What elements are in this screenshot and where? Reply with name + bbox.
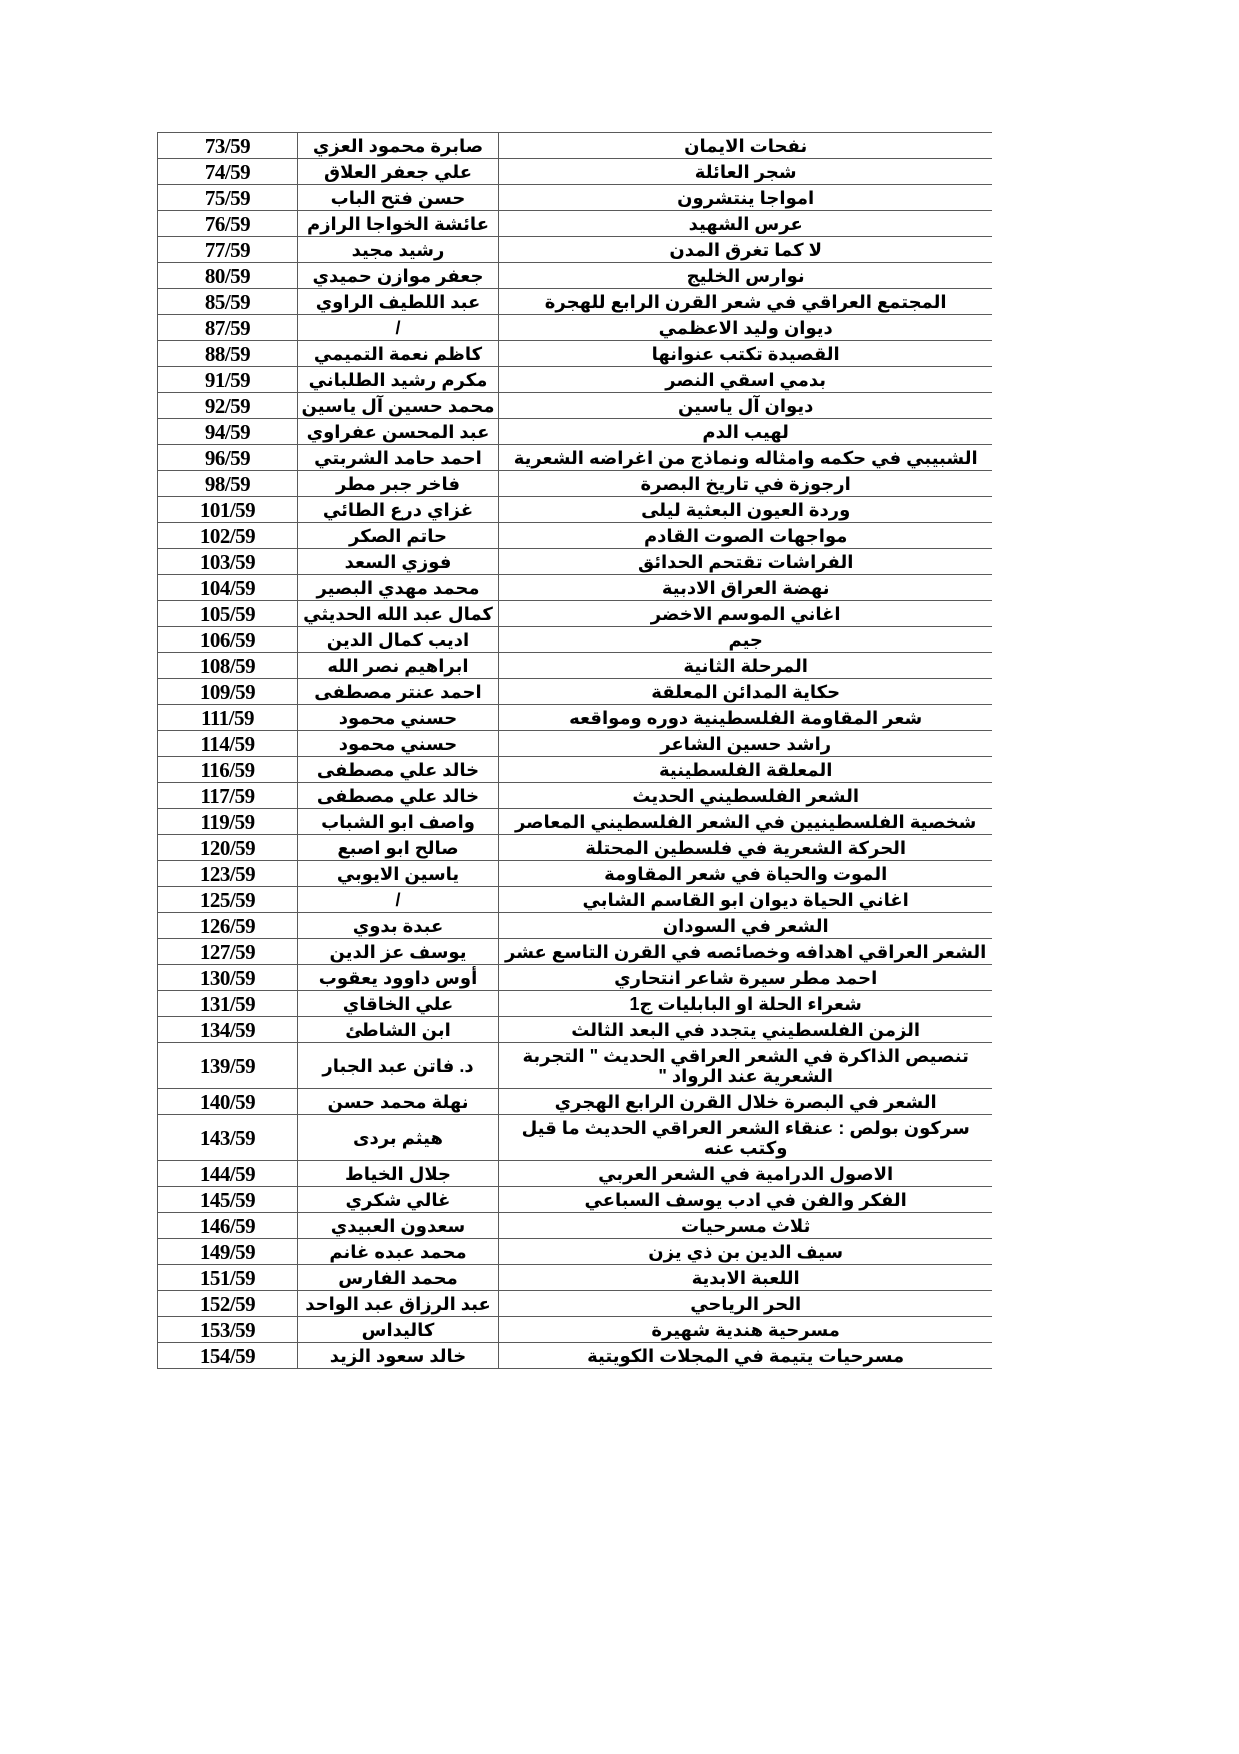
title-cell: حكاية المدائن المعلقة bbox=[499, 679, 993, 705]
call-number-cell: 125/59 bbox=[158, 887, 298, 913]
call-number-cell: 143/59 bbox=[158, 1115, 298, 1161]
table-row: 75/59 حسن فتح الباب امواجا ينتشرون bbox=[158, 185, 993, 211]
title-cell: ديوان آل ياسين bbox=[499, 393, 993, 419]
call-number-cell: 98/59 bbox=[158, 471, 298, 497]
title-text: اللعبة الابدية bbox=[499, 1268, 992, 1288]
table-row: 145/59 غالي شكري الفكر والفن في ادب يوسف… bbox=[158, 1187, 993, 1213]
title-cell: لا كما تغرق المدن bbox=[499, 237, 993, 263]
title-text: ثلاث مسرحيات bbox=[499, 1216, 992, 1236]
title-text: عرس الشهيد bbox=[499, 214, 992, 234]
call-number-cell: 139/59 bbox=[158, 1043, 298, 1089]
title-cell: المعلقة الفلسطينية bbox=[499, 757, 993, 783]
call-number-cell: 104/59 bbox=[158, 575, 298, 601]
call-number-cell: 151/59 bbox=[158, 1265, 298, 1291]
call-number-cell: 106/59 bbox=[158, 627, 298, 653]
call-number-cell: 119/59 bbox=[158, 809, 298, 835]
call-number-cell: 75/59 bbox=[158, 185, 298, 211]
title-text: الموت والحياة في شعر المقاومة bbox=[499, 864, 992, 884]
call-number-cell: 105/59 bbox=[158, 601, 298, 627]
title-text: الشعر في البصرة خلال القرن الرابع الهجري bbox=[499, 1092, 992, 1112]
table-row: 76/59 عائشة الخواجا الرازم عرس الشهيد bbox=[158, 211, 993, 237]
title-cell: المجتمع العراقي في شعر القرن الرابع للهج… bbox=[499, 289, 993, 315]
author-cell: عبد الرزاق عبد الواحد bbox=[298, 1291, 499, 1317]
table-row: 105/59 كمال عبد الله الحديثي اغاني الموس… bbox=[158, 601, 993, 627]
author-cell: عائشة الخواجا الرازم bbox=[298, 211, 499, 237]
call-number-cell: 134/59 bbox=[158, 1017, 298, 1043]
title-text: القصيدة تكتب عنوانها bbox=[499, 344, 992, 364]
table-row: 117/59 خالد علي مصطفى الشعر الفلسطيني ال… bbox=[158, 783, 993, 809]
title-text: الشعر في السودان bbox=[499, 916, 992, 936]
call-number-cell: 130/59 bbox=[158, 965, 298, 991]
title-cell: مسرحية هندية شهيرة bbox=[499, 1317, 993, 1343]
author-cell: كاظم نعمة التميمي bbox=[298, 341, 499, 367]
title-text: جيم bbox=[499, 630, 992, 650]
table-row: 87/59 / ديوان وليد الاعظمي bbox=[158, 315, 993, 341]
call-number-cell: 87/59 bbox=[158, 315, 298, 341]
title-cell: الشبيبي في حكمه وامثاله ونماذج من اغراضه… bbox=[499, 445, 993, 471]
author-cell: محمد حسين آل ياسين bbox=[298, 393, 499, 419]
title-text: ارجوزة في تاريخ البصرة bbox=[499, 474, 992, 494]
title-cell: ديوان وليد الاعظمي bbox=[499, 315, 993, 341]
author-cell: محمد الفارس bbox=[298, 1265, 499, 1291]
table-row: 94/59 عبد المحسن عفراوي لهيب الدم bbox=[158, 419, 993, 445]
title-cell: الزمن الفلسطيني يتجدد في البعد الثالث bbox=[499, 1017, 993, 1043]
table-row: 73/59 صابرة محمود العزي نفحات الايمان bbox=[158, 133, 993, 159]
author-cell: غالي شكري bbox=[298, 1187, 499, 1213]
title-text: مسرحية هندية شهيرة bbox=[499, 1320, 992, 1340]
author-cell: كمال عبد الله الحديثي bbox=[298, 601, 499, 627]
table-row: 116/59 خالد علي مصطفى المعلقة الفلسطينية bbox=[158, 757, 993, 783]
table-row: 74/59 علي جعفر العلاق شجر العائلة bbox=[158, 159, 993, 185]
author-cell: جعفر موازن حميدي bbox=[298, 263, 499, 289]
author-cell: سعدون العبيدي bbox=[298, 1213, 499, 1239]
table-row: 108/59 ابراهيم نصر الله المرحلة الثانية bbox=[158, 653, 993, 679]
author-cell: هيثم بردى bbox=[298, 1115, 499, 1161]
title-text: المجتمع العراقي في شعر القرن الرابع للهج… bbox=[499, 292, 992, 312]
author-cell: / bbox=[298, 315, 499, 341]
author-cell: صابرة محمود العزي bbox=[298, 133, 499, 159]
table-row: 139/59 د. فاتن عبد الجبار تنصيص الذاكرة … bbox=[158, 1043, 993, 1089]
author-cell: فوزي السعد bbox=[298, 549, 499, 575]
author-cell: فاخر جبر مطر bbox=[298, 471, 499, 497]
table-row: 103/59 فوزي السعد الفراشات تقتحم الحدائق bbox=[158, 549, 993, 575]
title-cell: احمد مطر سيرة شاعر انتحاري bbox=[499, 965, 993, 991]
call-number-cell: 127/59 bbox=[158, 939, 298, 965]
call-number-cell: 144/59 bbox=[158, 1161, 298, 1187]
title-text: الاصول الدرامية في الشعر العربي bbox=[499, 1164, 992, 1184]
title-cell: الشعر في البصرة خلال القرن الرابع الهجري bbox=[499, 1089, 993, 1115]
call-number-cell: 108/59 bbox=[158, 653, 298, 679]
call-number-cell: 123/59 bbox=[158, 861, 298, 887]
table-row: 92/59 محمد حسين آل ياسين ديوان آل ياسين bbox=[158, 393, 993, 419]
call-number-cell: 114/59 bbox=[158, 731, 298, 757]
call-number-cell: 154/59 bbox=[158, 1343, 298, 1369]
title-text: حكاية المدائن المعلقة bbox=[499, 682, 992, 702]
title-cell: نوارس الخليج bbox=[499, 263, 993, 289]
author-cell: حسني محمود bbox=[298, 705, 499, 731]
table-row: 144/59 جلال الخياط الاصول الدرامية في ال… bbox=[158, 1161, 993, 1187]
title-cell: الموت والحياة في شعر المقاومة bbox=[499, 861, 993, 887]
call-number-cell: 117/59 bbox=[158, 783, 298, 809]
table-row: 152/59 عبد الرزاق عبد الواحد الحر الرياح… bbox=[158, 1291, 993, 1317]
title-cell: الاصول الدرامية في الشعر العربي bbox=[499, 1161, 993, 1187]
title-text: الفكر والفن في ادب يوسف السباعي bbox=[499, 1190, 992, 1210]
table-row: 98/59 فاخر جبر مطر ارجوزة في تاريخ البصر… bbox=[158, 471, 993, 497]
author-cell: خالد علي مصطفى bbox=[298, 757, 499, 783]
call-number-cell: 140/59 bbox=[158, 1089, 298, 1115]
title-text: سركون بولص : عنقاء الشعر العراقي الحديث … bbox=[499, 1118, 992, 1158]
title-text: شجر العائلة bbox=[499, 162, 992, 182]
title-text: امواجا ينتشرون bbox=[499, 188, 992, 208]
author-cell: صالح ابو اصبع bbox=[298, 835, 499, 861]
call-number-cell: 109/59 bbox=[158, 679, 298, 705]
title-cell: امواجا ينتشرون bbox=[499, 185, 993, 211]
author-cell: كاليداس bbox=[298, 1317, 499, 1343]
table-row: 77/59 رشيد مجيد لا كما تغرق المدن bbox=[158, 237, 993, 263]
table-row: 120/59 صالح ابو اصبع الحركة الشعرية في ف… bbox=[158, 835, 993, 861]
title-text: ديوان وليد الاعظمي bbox=[499, 318, 992, 338]
title-text: المرحلة الثانية bbox=[499, 656, 992, 676]
table-row: 134/59 ابن الشاطئ الزمن الفلسطيني يتجدد … bbox=[158, 1017, 993, 1043]
author-cell: جلال الخياط bbox=[298, 1161, 499, 1187]
title-text: نهضة العراق الادبية bbox=[499, 578, 992, 598]
call-number-cell: 96/59 bbox=[158, 445, 298, 471]
title-cell: المرحلة الثانية bbox=[499, 653, 993, 679]
title-text: نوارس الخليج bbox=[499, 266, 992, 286]
title-cell: جيم bbox=[499, 627, 993, 653]
call-number-cell: 85/59 bbox=[158, 289, 298, 315]
table-row: 143/59 هيثم بردى سركون بولص : عنقاء الشع… bbox=[158, 1115, 993, 1161]
title-cell: شعر المقاومة الفلسطينية دوره ومواقعه bbox=[499, 705, 993, 731]
title-cell: الحر الرياحي bbox=[499, 1291, 993, 1317]
call-number-cell: 80/59 bbox=[158, 263, 298, 289]
table-row: 126/59 عبدة بدوي الشعر في السودان bbox=[158, 913, 993, 939]
call-number-cell: 88/59 bbox=[158, 341, 298, 367]
title-cell: ثلاث مسرحيات bbox=[499, 1213, 993, 1239]
call-number-cell: 120/59 bbox=[158, 835, 298, 861]
title-text: الشبيبي في حكمه وامثاله ونماذج من اغراضه… bbox=[499, 448, 992, 468]
title-text: المعلقة الفلسطينية bbox=[499, 760, 992, 780]
title-cell: وردة العيون البعثية ليلى bbox=[499, 497, 993, 523]
table-row: 114/59 حسني محمود راشد حسين الشاعر bbox=[158, 731, 993, 757]
table-row: 140/59 نهلة محمد حسن الشعر في البصرة خلا… bbox=[158, 1089, 993, 1115]
call-number-cell: 73/59 bbox=[158, 133, 298, 159]
table-row: 102/59 حاتم الصكر مواجهات الصوت القادم bbox=[158, 523, 993, 549]
author-cell: محمد مهدي البصير bbox=[298, 575, 499, 601]
call-number-cell: 103/59 bbox=[158, 549, 298, 575]
title-cell: بدمي اسقي النصر bbox=[499, 367, 993, 393]
title-text: شعر المقاومة الفلسطينية دوره ومواقعه bbox=[499, 708, 992, 728]
call-number-cell: 102/59 bbox=[158, 523, 298, 549]
call-number-cell: 116/59 bbox=[158, 757, 298, 783]
title-text: وردة العيون البعثية ليلى bbox=[499, 500, 992, 520]
author-cell: ابراهيم نصر الله bbox=[298, 653, 499, 679]
call-number-cell: 94/59 bbox=[158, 419, 298, 445]
title-cell: القصيدة تكتب عنوانها bbox=[499, 341, 993, 367]
title-text: تنصيص الذاكرة في الشعر العراقي الحديث " … bbox=[499, 1046, 992, 1086]
title-cell: اغاني الموسم الاخضر bbox=[499, 601, 993, 627]
title-cell: سركون بولص : عنقاء الشعر العراقي الحديث … bbox=[499, 1115, 993, 1161]
author-cell: احمد حامد الشربتي bbox=[298, 445, 499, 471]
author-cell: عبدة بدوي bbox=[298, 913, 499, 939]
title-text: لهيب الدم bbox=[499, 422, 992, 442]
call-number-cell: 101/59 bbox=[158, 497, 298, 523]
title-text: بدمي اسقي النصر bbox=[499, 370, 992, 390]
author-cell: رشيد مجيد bbox=[298, 237, 499, 263]
title-text: الزمن الفلسطيني يتجدد في البعد الثالث bbox=[499, 1020, 992, 1040]
author-cell: احمد عنتر مصطفى bbox=[298, 679, 499, 705]
table-row: 111/59 حسني محمود شعر المقاومة الفلسطيني… bbox=[158, 705, 993, 731]
title-cell: الشعر العراقي اهدافه وخصائصه في القرن ال… bbox=[499, 939, 993, 965]
author-cell: خالد سعود الزيد bbox=[298, 1343, 499, 1369]
author-cell: نهلة محمد حسن bbox=[298, 1089, 499, 1115]
call-number-cell: 111/59 bbox=[158, 705, 298, 731]
title-text: لا كما تغرق المدن bbox=[499, 240, 992, 260]
catalog-table-body: 73/59 صابرة محمود العزي نفحات الايمان 74… bbox=[158, 133, 993, 1369]
title-cell: نفحات الايمان bbox=[499, 133, 993, 159]
table-row: 106/59 اديب كمال الدين جيم bbox=[158, 627, 993, 653]
title-text: سيف الدين بن ذي يزن bbox=[499, 1242, 992, 1262]
title-cell: شخصية الفلسطينيين في الشعر الفلسطيني الم… bbox=[499, 809, 993, 835]
table-row: 146/59 سعدون العبيدي ثلاث مسرحيات bbox=[158, 1213, 993, 1239]
title-cell: شجر العائلة bbox=[499, 159, 993, 185]
title-cell: راشد حسين الشاعر bbox=[499, 731, 993, 757]
author-cell: حسني محمود bbox=[298, 731, 499, 757]
author-cell: أوس داوود يعقوب bbox=[298, 965, 499, 991]
title-cell: سيف الدين بن ذي يزن bbox=[499, 1239, 993, 1265]
call-number-cell: 77/59 bbox=[158, 237, 298, 263]
author-cell: محمد عبده غانم bbox=[298, 1239, 499, 1265]
call-number-cell: 76/59 bbox=[158, 211, 298, 237]
author-cell: مكرم رشيد الطلباني bbox=[298, 367, 499, 393]
author-cell: ياسين الايوبي bbox=[298, 861, 499, 887]
call-number-cell: 92/59 bbox=[158, 393, 298, 419]
table-row: 127/59 يوسف عز الدين الشعر العراقي اهداف… bbox=[158, 939, 993, 965]
title-text: نفحات الايمان bbox=[499, 136, 992, 156]
title-text: مسرحيات يتيمة في المجلات الكويتية bbox=[499, 1346, 992, 1366]
author-cell: / bbox=[298, 887, 499, 913]
title-cell: اللعبة الابدية bbox=[499, 1265, 993, 1291]
author-cell: خالد علي مصطفى bbox=[298, 783, 499, 809]
call-number-cell: 152/59 bbox=[158, 1291, 298, 1317]
author-cell: د. فاتن عبد الجبار bbox=[298, 1043, 499, 1089]
catalog-table: 73/59 صابرة محمود العزي نفحات الايمان 74… bbox=[157, 132, 992, 1369]
table-row: 80/59 جعفر موازن حميدي نوارس الخليج bbox=[158, 263, 993, 289]
call-number-cell: 146/59 bbox=[158, 1213, 298, 1239]
table-row: 130/59 أوس داوود يعقوب احمد مطر سيرة شاع… bbox=[158, 965, 993, 991]
title-cell: الحركة الشعرية في فلسطين المحتلة bbox=[499, 835, 993, 861]
author-cell: علي جعفر العلاق bbox=[298, 159, 499, 185]
author-cell: غزاي درع الطائي bbox=[298, 497, 499, 523]
table-row: 149/59 محمد عبده غانم سيف الدين بن ذي يز… bbox=[158, 1239, 993, 1265]
title-cell: عرس الشهيد bbox=[499, 211, 993, 237]
author-cell: حسن فتح الباب bbox=[298, 185, 499, 211]
title-cell: الشعر الفلسطيني الحديث bbox=[499, 783, 993, 809]
table-row: 119/59 واصف ابو الشباب شخصية الفلسطينيين… bbox=[158, 809, 993, 835]
title-cell: ارجوزة في تاريخ البصرة bbox=[499, 471, 993, 497]
title-cell: لهيب الدم bbox=[499, 419, 993, 445]
title-cell: شعراء الحلة او البابليات ج1 bbox=[499, 991, 993, 1017]
call-number-cell: 74/59 bbox=[158, 159, 298, 185]
title-text: الشعر الفلسطيني الحديث bbox=[499, 786, 992, 806]
call-number-cell: 131/59 bbox=[158, 991, 298, 1017]
title-text: مواجهات الصوت القادم bbox=[499, 526, 992, 546]
title-text: اغاني الموسم الاخضر bbox=[499, 604, 992, 624]
table-row: 88/59 كاظم نعمة التميمي القصيدة تكتب عنو… bbox=[158, 341, 993, 367]
table-row: 101/59 غزاي درع الطائي وردة العيون البعث… bbox=[158, 497, 993, 523]
title-cell: الفكر والفن في ادب يوسف السباعي bbox=[499, 1187, 993, 1213]
title-text: الفراشات تقتحم الحدائق bbox=[499, 552, 992, 572]
title-text: اغاني الحياة ديوان ابو القاسم الشابي bbox=[499, 890, 992, 910]
title-cell: مسرحيات يتيمة في المجلات الكويتية bbox=[499, 1343, 993, 1369]
table-row: 96/59 احمد حامد الشربتي الشبيبي في حكمه … bbox=[158, 445, 993, 471]
table-row: 125/59 / اغاني الحياة ديوان ابو القاسم ا… bbox=[158, 887, 993, 913]
author-cell: حاتم الصكر bbox=[298, 523, 499, 549]
author-cell: عبد المحسن عفراوي bbox=[298, 419, 499, 445]
title-cell: الفراشات تقتحم الحدائق bbox=[499, 549, 993, 575]
title-cell: تنصيص الذاكرة في الشعر العراقي الحديث " … bbox=[499, 1043, 993, 1089]
call-number-cell: 145/59 bbox=[158, 1187, 298, 1213]
title-text: الشعر العراقي اهدافه وخصائصه في القرن ال… bbox=[499, 942, 992, 962]
table-row: 131/59 علي الخاقاي شعراء الحلة او البابل… bbox=[158, 991, 993, 1017]
title-text: شخصية الفلسطينيين في الشعر الفلسطيني الم… bbox=[499, 812, 992, 832]
call-number-cell: 153/59 bbox=[158, 1317, 298, 1343]
table-row: 151/59 محمد الفارس اللعبة الابدية bbox=[158, 1265, 993, 1291]
title-text: راشد حسين الشاعر bbox=[499, 734, 992, 754]
table-row: 104/59 محمد مهدي البصير نهضة العراق الاد… bbox=[158, 575, 993, 601]
author-cell: علي الخاقاي bbox=[298, 991, 499, 1017]
title-text: الحر الرياحي bbox=[499, 1294, 992, 1314]
table-row: 154/59 خالد سعود الزيد مسرحيات يتيمة في … bbox=[158, 1343, 993, 1369]
title-text: احمد مطر سيرة شاعر انتحاري bbox=[499, 968, 992, 988]
author-cell: يوسف عز الدين bbox=[298, 939, 499, 965]
call-number-cell: 126/59 bbox=[158, 913, 298, 939]
title-text: ديوان آل ياسين bbox=[499, 396, 992, 416]
author-cell: واصف ابو الشباب bbox=[298, 809, 499, 835]
author-cell: اديب كمال الدين bbox=[298, 627, 499, 653]
table-row: 91/59 مكرم رشيد الطلباني بدمي اسقي النصر bbox=[158, 367, 993, 393]
author-cell: عبد اللطيف الراوي bbox=[298, 289, 499, 315]
title-cell: نهضة العراق الادبية bbox=[499, 575, 993, 601]
title-cell: الشعر في السودان bbox=[499, 913, 993, 939]
author-cell: ابن الشاطئ bbox=[298, 1017, 499, 1043]
table-row: 123/59 ياسين الايوبي الموت والحياة في شع… bbox=[158, 861, 993, 887]
table-row: 85/59 عبد اللطيف الراوي المجتمع العراقي … bbox=[158, 289, 993, 315]
title-text: شعراء الحلة او البابليات ج1 bbox=[499, 994, 992, 1014]
table-row: 109/59 احمد عنتر مصطفى حكاية المدائن الم… bbox=[158, 679, 993, 705]
call-number-cell: 91/59 bbox=[158, 367, 298, 393]
title-text: الحركة الشعرية في فلسطين المحتلة bbox=[499, 838, 992, 858]
call-number-cell: 149/59 bbox=[158, 1239, 298, 1265]
table-row: 153/59 كاليداس مسرحية هندية شهيرة bbox=[158, 1317, 993, 1343]
title-cell: اغاني الحياة ديوان ابو القاسم الشابي bbox=[499, 887, 993, 913]
title-cell: مواجهات الصوت القادم bbox=[499, 523, 993, 549]
